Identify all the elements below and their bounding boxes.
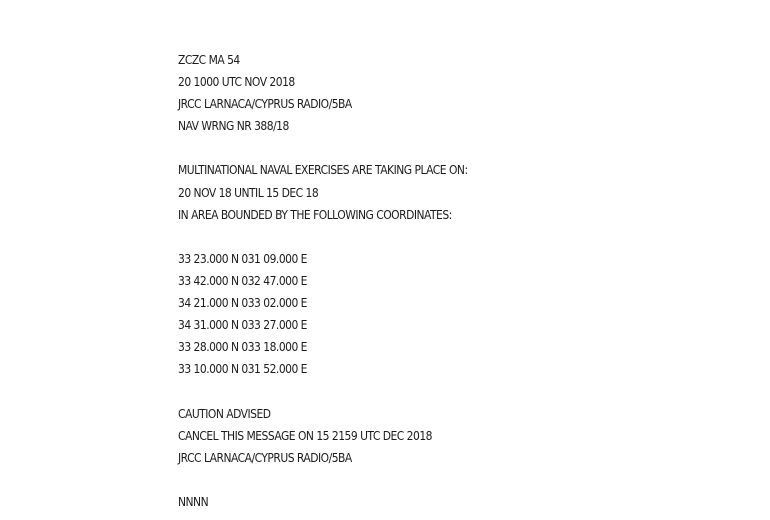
spacer	[178, 380, 468, 402]
message-originator: JRCC LARNACA/CYPRUS RADIO/5BA	[178, 93, 468, 115]
body-description: MULTINATIONAL NAVAL EXERCISES ARE TAKING…	[178, 159, 468, 181]
coordinate-item: 34 21.000 N 033 02.000 E	[178, 292, 468, 314]
footer-originator: JRCC LARNACA/CYPRUS RADIO/5BA	[178, 447, 468, 469]
message-body: MULTINATIONAL NAVAL EXERCISES ARE TAKING…	[178, 159, 468, 225]
spacer	[178, 137, 468, 159]
message-id: ZCZC MA 54	[178, 49, 468, 71]
warning-number: NAV WRNG NR 388/18	[178, 115, 468, 137]
coordinates-list: 33 23.000 N 031 09.000 E 33 42.000 N 032…	[178, 248, 468, 381]
coordinate-item: 33 28.000 N 033 18.000 E	[178, 336, 468, 358]
message-datetime: 20 1000 UTC NOV 2018	[178, 71, 468, 93]
message-header: ZCZC MA 54 20 1000 UTC NOV 2018 JRCC LAR…	[178, 49, 468, 137]
cancel-instruction: CANCEL THIS MESSAGE ON 15 2159 UTC DEC 2…	[178, 425, 468, 447]
coordinate-item: 33 23.000 N 031 09.000 E	[178, 248, 468, 270]
spacer	[178, 469, 468, 491]
spacer	[178, 226, 468, 248]
caution-note: CAUTION ADVISED	[178, 403, 468, 425]
message-footer: CAUTION ADVISED CANCEL THIS MESSAGE ON 1…	[178, 403, 468, 469]
body-area-intro: IN AREA BOUNDED BY THE FOLLOWING COORDIN…	[178, 204, 468, 226]
body-period: 20 NOV 18 UNTIL 15 DEC 18	[178, 182, 468, 204]
end-marker: NNNN	[178, 491, 468, 513]
coordinate-item: 33 42.000 N 032 47.000 E	[178, 270, 468, 292]
coordinate-item: 33 10.000 N 031 52.000 E	[178, 358, 468, 380]
nav-warning-message: ZCZC MA 54 20 1000 UTC NOV 2018 JRCC LAR…	[178, 49, 468, 513]
coordinate-item: 34 31.000 N 033 27.000 E	[178, 314, 468, 336]
